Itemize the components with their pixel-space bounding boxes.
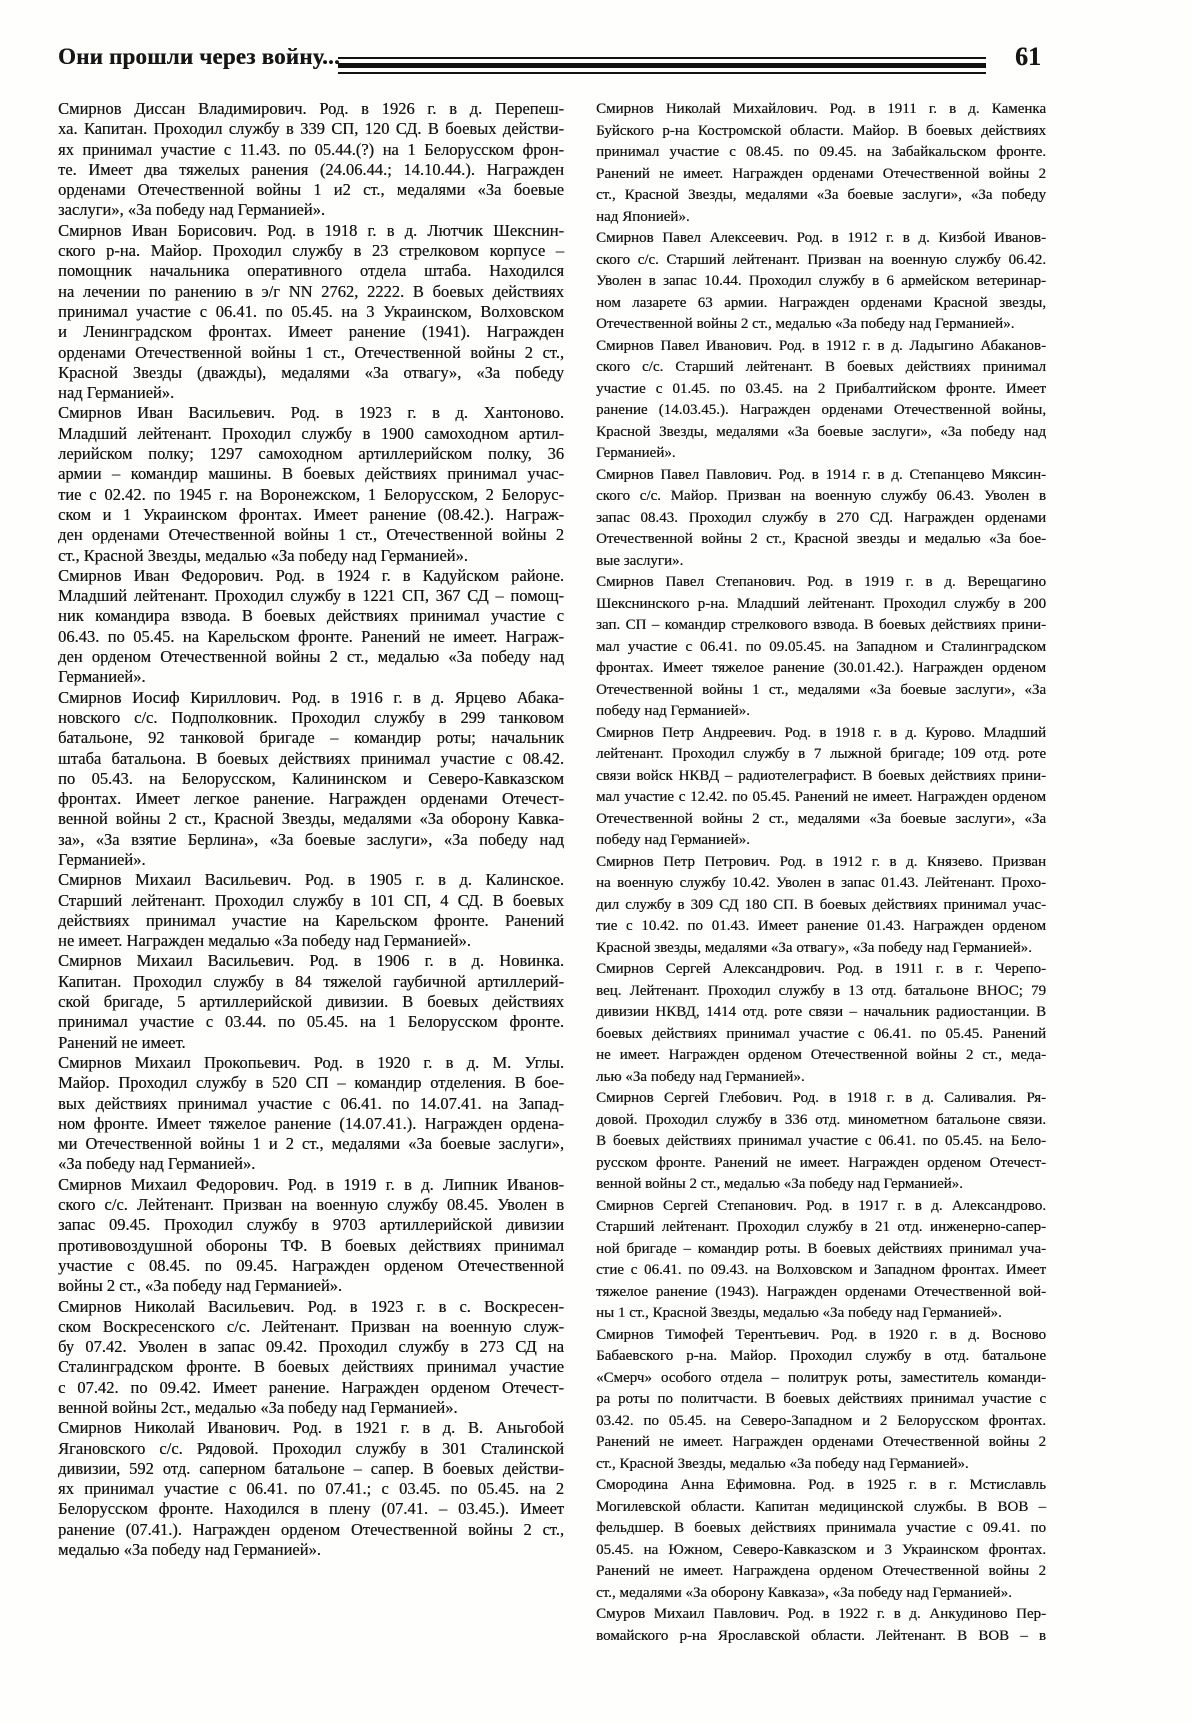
text-line: на военную службу 10.42. Уволен в запас …: [596, 873, 1046, 895]
text-line: не имеет. Награжден орденом Отечественно…: [596, 1045, 1046, 1067]
veteran-entry: Смирнов Павел Степанович. Род. в 1919 г.…: [596, 572, 1046, 723]
text-line: Ранений не имеет. Награждена орденом Оте…: [596, 1561, 1046, 1583]
text-line: ском Воскресенского с/с. Лейтенант. Приз…: [58, 1317, 564, 1337]
text-line: Шекснинского р-на. Младший лейтенант. Пр…: [596, 594, 1046, 616]
text-line: мал участие с 12.42. по 05.45. Ранений н…: [596, 787, 1046, 809]
header-rule: [338, 57, 986, 75]
text-line: батальоне, 92 танковой бригаде – команди…: [58, 728, 564, 748]
text-line: на лечении по ранению в э/г NN 2762, 222…: [58, 282, 564, 302]
veteran-entry: Смирнов Иван Федорович. Род. в 1924 г. в…: [58, 566, 564, 688]
text-line: лерийском полку; 1297 самоходном артилле…: [58, 444, 564, 464]
text-line: дивизии, 592 отд. саперном батальоне – с…: [58, 1459, 564, 1479]
text-line: ден орденами Отечественной войны 1 ст., …: [58, 525, 564, 545]
text-line: Красной Звезды, медалями «За боевые засл…: [596, 422, 1046, 444]
text-line: «За победу над Германией».: [58, 1154, 564, 1174]
text-line: Германией».: [58, 850, 564, 870]
veteran-entry: Смирнов Павел Алексеевич. Род. в 1912 г.…: [596, 228, 1046, 336]
text-line: венной войны 2 ст., Красной Звезды, меда…: [58, 809, 564, 829]
text-line: ст., Красной Звезды, медалью «За победу …: [596, 1454, 1046, 1476]
text-line: Капитан. Проходил службу в 84 тяжелой га…: [58, 972, 564, 992]
text-line: стие с 06.41. по 09.43. на Волховском и …: [596, 1260, 1046, 1282]
veteran-entry: Смирнов Михаил Федорович. Род. в 1919 г.…: [58, 1175, 564, 1297]
text-line: русском фронте. Ранений не имеет. Награж…: [596, 1153, 1046, 1175]
text-line: Отечественной войны 1 ст., медалями «За …: [596, 680, 1046, 702]
text-line: Ягановского с/с. Рядовой. Проходил служб…: [58, 1439, 564, 1459]
text-line: Отечественной войны 2 ст., медалями «За …: [596, 809, 1046, 831]
text-line: Смирнов Иван Васильевич. Род. в 1923 г. …: [58, 403, 564, 423]
text-line: противовоздушной обороны ТФ. В боевых де…: [58, 1236, 564, 1256]
text-line: Смирнов Павел Степанович. Род. в 1919 г.…: [596, 572, 1046, 594]
text-line: 05.45. на Южном, Северо-Кавказском и 3 У…: [596, 1540, 1046, 1562]
text-line: фронтах. Имеет легкое ранение. Награжден…: [58, 789, 564, 809]
text-line: орденами Отечественной войны 1 ст., Отеч…: [58, 343, 564, 363]
text-line: Смирнов Тимофей Терентьевич. Род. в 1920…: [596, 1325, 1046, 1347]
text-line: Ранений не имеет. Награжден орденами Оте…: [596, 1432, 1046, 1454]
veteran-entry: Смирнов Иван Борисович. Род. в 1918 г. в…: [58, 221, 564, 404]
veteran-entry: Смирнов Сергей Глебович. Род. в 1918 г. …: [596, 1088, 1046, 1196]
veteran-entry: Смирнов Сергей Степанович. Род. в 1917 г…: [596, 1196, 1046, 1325]
text-line: дил службу в 309 СД 180 СП. В боевых дей…: [596, 895, 1046, 917]
veteran-entry: Смирнов Иосиф Кириллович. Род. в 1916 г.…: [58, 688, 564, 871]
header-rule-thick: [338, 63, 986, 68]
text-line: ра роты по политчасти. В боевых действия…: [596, 1389, 1046, 1411]
text-line: Смирнов Диссан Владимирович. Род. в 1926…: [58, 99, 564, 119]
text-line: 03.42. по 05.45. на Северо-Западном и 2 …: [596, 1411, 1046, 1433]
text-line: Смирнов Иван Федорович. Род. в 1924 г. в…: [58, 566, 564, 586]
text-line: Младший лейтенант. Проходил службу в 190…: [58, 424, 564, 444]
text-line: Смирнов Сергей Александрович. Род. в 191…: [596, 959, 1046, 981]
veteran-entry: Смирнов Иван Васильевич. Род. в 1923 г. …: [58, 403, 564, 565]
text-line: «Смерч» особого отдела – политрук роты, …: [596, 1368, 1046, 1390]
text-line: ми Отечественной войны 1 и 2 ст., медаля…: [58, 1134, 564, 1154]
text-line: Смирнов Николай Михайлович. Род. в 1911 …: [596, 99, 1046, 121]
text-line: Смирнов Михаил Федорович. Род. в 1919 г.…: [58, 1175, 564, 1195]
veteran-entry: Смирнов Михаил Васильевич. Род. в 1906 г…: [58, 951, 564, 1052]
veteran-entry: Смирнов Тимофей Терентьевич. Род. в 1920…: [596, 1325, 1046, 1476]
text-line: вомайского р-на Ярославской области. Лей…: [596, 1626, 1046, 1648]
veteran-entry: Смирнов Михаил Васильевич. Род. в 1905 г…: [58, 870, 564, 951]
text-line: орденами Отечественной войны 1 и2 ст., м…: [58, 180, 564, 200]
text-line: венной войны 2 ст., медалью «За победу н…: [596, 1174, 1046, 1196]
text-line: Уволен в запас 10.44. Проходил службу в …: [596, 271, 1046, 293]
text-line: мал участие с 06.41. по 09.05.45. на Зап…: [596, 637, 1046, 659]
text-line: ранение (14.03.45.). Награжден орденами …: [596, 400, 1046, 422]
text-line: Германией».: [596, 443, 1046, 465]
text-line: Смирнов Сергей Глебович. Род. в 1918 г. …: [596, 1088, 1046, 1110]
page-number: 61: [975, 42, 1041, 72]
text-line: ского с/с. Лейтенант. Призван на военную…: [58, 1195, 564, 1215]
text-line: венной войны 2ст., медалью «За победу на…: [58, 1398, 564, 1418]
text-line: войны 2 ст., «За победу над Германией».: [58, 1276, 564, 1296]
text-line: Германией».: [58, 667, 564, 687]
text-line: по 05.43. на Белорусском, Калининском и …: [58, 769, 564, 789]
text-line: боевых действиях принимал участие с 06.4…: [596, 1024, 1046, 1046]
veteran-entry: Смирнов Николай Васильевич. Род. в 1923 …: [58, 1297, 564, 1419]
text-line: помощник начальника оперативного отдела …: [58, 261, 564, 281]
text-line: запас 08.43. Проходил службу в 270 СД. Н…: [596, 508, 1046, 530]
text-line: В боевых действиях принимал участие с 06…: [596, 1131, 1046, 1153]
text-line: фронтах. Имеет тяжелое ранение (30.01.42…: [596, 658, 1046, 680]
text-line: ского с/с. Старший лейтенант. В боевых д…: [596, 357, 1046, 379]
text-line: ях принимал участие с 11.43. по 05.44.(?…: [58, 140, 564, 160]
text-line: Смирнов Михаил Прокопьевич. Род. в 1920 …: [58, 1053, 564, 1073]
text-line: Смирнов Павел Алексеевич. Род. в 1912 г.…: [596, 228, 1046, 250]
text-line: медалью «За победу над Германией».: [58, 1540, 564, 1560]
text-line: тяжелое ранение (1943). Награжден ордена…: [596, 1282, 1046, 1304]
text-line: Бабаевского р-на. Майор. Проходил службу…: [596, 1346, 1046, 1368]
text-line: Младший лейтенант. Проходил службу в 122…: [58, 586, 564, 606]
veteran-entry: Смирнов Николай Иванович. Род. в 1921 г.…: [58, 1418, 564, 1560]
text-line: не имеет. Награжден медалью «За победу н…: [58, 931, 564, 951]
text-line: штаба батальона. В боевых действиях прин…: [58, 749, 564, 769]
text-line: ского с/с. Майор. Призван на военную слу…: [596, 486, 1046, 508]
text-line: фельдшер. В боевых действиях принимала у…: [596, 1518, 1046, 1540]
text-line: лейтенант. Проходил службу в 7 лыжной бр…: [596, 744, 1046, 766]
text-line: Отечественной войны 2 ст., Красной звезд…: [596, 529, 1046, 551]
text-line: довой. Проходил службу в 336 отд. миноме…: [596, 1110, 1046, 1132]
text-line: участие с 01.45. по 03.45. на 2 Прибалти…: [596, 379, 1046, 401]
header-rule-thin-top: [338, 57, 986, 59]
text-line: Красной звезды, медалями «За отвагу», «З…: [596, 938, 1046, 960]
text-line: ха. Капитан. Проходил службу в 339 СП, 1…: [58, 119, 564, 139]
text-line: ях принимал участие с 06.41. по 07.41.; …: [58, 1479, 564, 1499]
text-line: Смирнов Петр Петрович. Род. в 1912 г. в …: [596, 852, 1046, 874]
text-line: над Германией».: [58, 383, 564, 403]
text-line: ны 1 ст., Красной Звезды, медалью «За по…: [596, 1303, 1046, 1325]
text-line: ном фронте. Имеет тяжелое ранение (14.07…: [58, 1114, 564, 1134]
text-line: Смирнов Павел Иванович. Род. в 1912 г. в…: [596, 336, 1046, 358]
text-line: Ранений не имеет.: [58, 1033, 564, 1053]
text-line: ского р-на. Майор. Проходил службу в 23 …: [58, 241, 564, 261]
text-line: Смирнов Михаил Васильевич. Род. в 1905 г…: [58, 870, 564, 890]
text-line: заслуги», «За победу над Германией».: [58, 200, 564, 220]
text-line: победу над Германией».: [596, 701, 1046, 723]
left-column: Смирнов Диссан Владимирович. Род. в 1926…: [58, 99, 564, 1560]
text-line: действиях принимал участие на Карельском…: [58, 911, 564, 931]
text-line: тие с 10.42. по 01.43. Имеет ранение 01.…: [596, 916, 1046, 938]
text-line: с 07.42. по 09.42. Имеет ранение. Награж…: [58, 1378, 564, 1398]
text-line: Старший лейтенант. Проходил службу в 101…: [58, 891, 564, 911]
veteran-entry: Смирнов Диссан Владимирович. Род. в 1926…: [58, 99, 564, 221]
veteran-entry: Смирнов Николай Михайлович. Род. в 1911 …: [596, 99, 1046, 228]
veteran-entry: Смирнов Петр Андреевич. Род. в 1918 г. в…: [596, 723, 1046, 852]
text-line: запас 09.45. Проходил службу в 9703 арти…: [58, 1215, 564, 1235]
text-line: вец. Лейтенант. Проходил службу в 13 отд…: [596, 981, 1046, 1003]
text-line: принимал участие с 06.41. по 05.45. на 3…: [58, 302, 564, 322]
text-line: и Ленинградском фронтах. Имеет ранение (…: [58, 322, 564, 342]
text-line: Красной Звезды (дважды), медалями «За от…: [58, 363, 564, 383]
text-line: ском и 1 Украинском фронтах. Имеет ранен…: [58, 505, 564, 525]
text-line: дивизии НКВД, 1414 отд. роте связи – нач…: [596, 1002, 1046, 1024]
veteran-entry: Смуров Михаил Павлович. Род. в 1922 г. в…: [596, 1604, 1046, 1647]
text-line: ном лазарете 63 армии. Награжден орденам…: [596, 293, 1046, 315]
text-line: ст., Красной Звезды, медалями «За боевые…: [596, 185, 1046, 207]
text-line: ной бригаде – командир роты. В боевых де…: [596, 1239, 1046, 1261]
veteran-entry: Смирнов Павел Иванович. Род. в 1912 г. в…: [596, 336, 1046, 465]
text-line: 06.43. по 05.45. на Карельском фронте. Р…: [58, 627, 564, 647]
text-line: ской бригаде, 5 артиллерийской дивизии. …: [58, 992, 564, 1012]
veteran-entry: Смирнов Павел Павлович. Род. в 1914 г. в…: [596, 465, 1046, 573]
text-line: новского с/с. Подполковник. Проходил слу…: [58, 708, 564, 728]
veteran-entry: Смирнов Петр Петрович. Род. в 1912 г. в …: [596, 852, 1046, 960]
text-line: принимал участие с 03.44. по 05.45. на 1…: [58, 1012, 564, 1032]
text-line: вые заслуги».: [596, 551, 1046, 573]
text-line: Смирнов Николай Иванович. Род. в 1921 г.…: [58, 1418, 564, 1438]
veteran-entry: Смирнов Сергей Александрович. Род. в 191…: [596, 959, 1046, 1088]
text-line: победу над Германией».: [596, 830, 1046, 852]
text-line: участие с 08.45. по 09.45. Награжден орд…: [58, 1256, 564, 1276]
text-line: армии – командир машины. В боевых действ…: [58, 464, 564, 484]
text-line: Смирнов Михаил Васильевич. Род. в 1906 г…: [58, 951, 564, 971]
text-line: ранение (07.41.). Награжден орденом Отеч…: [58, 1520, 564, 1540]
header-rule-thin-bottom: [338, 72, 986, 74]
text-line: зап. СП – командир стрелкового взвода. В…: [596, 615, 1046, 637]
text-line: ден орденом Отечественной войны 2 ст., м…: [58, 647, 564, 667]
text-line: над Японией».: [596, 207, 1046, 229]
text-line: Могилевской области. Капитан медицинской…: [596, 1497, 1046, 1519]
text-line: за», «За взятие Берлина», «За боевые зас…: [58, 830, 564, 850]
text-line: Белорусском фронте. Находился в плену (0…: [58, 1499, 564, 1519]
text-line: ст., Красной Звезды, медалью «За победу …: [58, 546, 564, 566]
text-line: Сталинградском фронте. В боевых действия…: [58, 1357, 564, 1377]
text-line: Ранений не имеет. Награжден орденами Оте…: [596, 164, 1046, 186]
text-line: Смирнов Николай Васильевич. Род. в 1923 …: [58, 1297, 564, 1317]
text-line: лью «За победу над Германией».: [596, 1067, 1046, 1089]
text-line: Смирнов Павел Павлович. Род. в 1914 г. в…: [596, 465, 1046, 487]
text-line: Смородина Анна Ефимовна. Род. в 1925 г. …: [596, 1475, 1046, 1497]
text-line: вых действиях принимал участие с 06.41. …: [58, 1094, 564, 1114]
text-line: Буйского р-на Костромской области. Майор…: [596, 121, 1046, 143]
text-line: Смирнов Иосиф Кириллович. Род. в 1916 г.…: [58, 688, 564, 708]
veteran-entry: Смородина Анна Ефимовна. Род. в 1925 г. …: [596, 1475, 1046, 1604]
text-line: Смирнов Петр Андреевич. Род. в 1918 г. в…: [596, 723, 1046, 745]
text-line: принимал участие с 08.45. по 09.45. на З…: [596, 142, 1046, 164]
text-line: тие с 02.42. по 1945 г. на Воронежском, …: [58, 485, 564, 505]
book-page: Они прошли через войну... 61 Смирнов Дис…: [0, 0, 1191, 1723]
text-line: ского с/с. Старший лейтенант. Призван на…: [596, 250, 1046, 272]
text-line: Старший лейтенант. Проходил службу в 21 …: [596, 1217, 1046, 1239]
text-line: те. Имеет два тяжелых ранения (24.06.44.…: [58, 160, 564, 180]
text-line: Отечественной войны 2 ст., медалью «За п…: [596, 314, 1046, 336]
text-line: ник командира взвода. В боевых действиях…: [58, 606, 564, 626]
text-line: Смирнов Сергей Степанович. Род. в 1917 г…: [596, 1196, 1046, 1218]
text-line: Смуров Михаил Павлович. Род. в 1922 г. в…: [596, 1604, 1046, 1626]
veteran-entry: Смирнов Михаил Прокопьевич. Род. в 1920 …: [58, 1053, 564, 1175]
page-header-title: Они прошли через войну...: [58, 44, 340, 70]
text-line: Майор. Проходил службу в 520 СП – команд…: [58, 1073, 564, 1093]
text-line: связи войск НКВД – радиотелеграфист. В б…: [596, 766, 1046, 788]
text-line: ст., медалями «За оборону Кавказа», «За …: [596, 1583, 1046, 1605]
text-line: бу 07.42. Уволен в запас 09.42. Проходил…: [58, 1337, 564, 1357]
right-column: Смирнов Николай Михайлович. Род. в 1911 …: [596, 99, 1046, 1647]
text-line: Смирнов Иван Борисович. Род. в 1918 г. в…: [58, 221, 564, 241]
